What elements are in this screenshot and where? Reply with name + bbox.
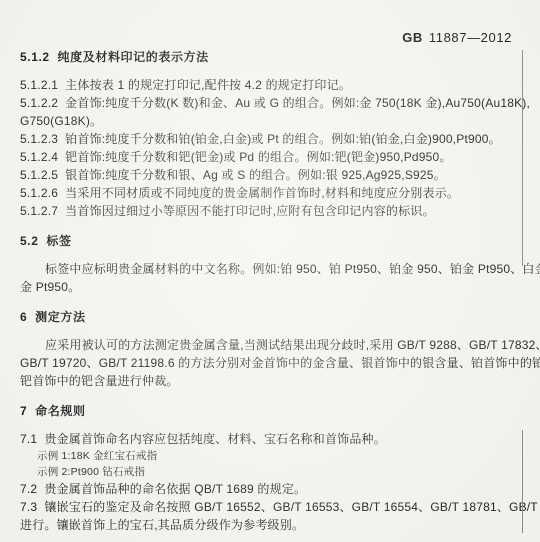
document-text-line: 5.1.2.7 当首饰因过细过小等原因不能打印记时,应附有包含印记内容的标识。 [20, 202, 520, 220]
document-text-line: 5.1.2.5 银首饰:纯度千分数和银、Ag 或 S 的组合。例如:银 925,… [20, 166, 520, 184]
document-text-line: 7.1 贵金属首饰命名内容应包括纯度、材料、宝石名称和首饰品种。 [20, 430, 520, 448]
document-page: GB11887—2012 5.1.2 纯度及材料印记的表示方法5.1.2.1 主… [0, 0, 540, 542]
section-heading-line: 5.2 标签 [20, 232, 520, 250]
section-heading-line: 6 测定方法 [20, 308, 520, 326]
document-text-line: 5.1.2.3 铂首饰:纯度千分数和铂(铂金,白金)或 Pt 的组合。例如:铂(… [20, 130, 520, 148]
document-text-line: 5.1.2.6 当采用不同材质或不同纯度的贵金属制作首饰时,材料和纯度应分别表示… [20, 184, 520, 202]
scan-border-line-top [522, 50, 523, 266]
document-body: 5.1.2 纯度及材料印记的表示方法5.1.2.1 主体按表 1 的规定打印记,… [20, 36, 520, 534]
document-text-line: 进行。镶嵌首饰上的宝石,其品质分级作为参考级别。 [20, 516, 520, 534]
document-text-line: 5.1.2.4 钯首饰:纯度千分数和钯(钯金)或 Pd 的组合。例如:钯(钯金)… [20, 148, 520, 166]
scan-border-line-bottom [522, 430, 523, 533]
document-text-line: 示例 2:Pt900 钻石戒指 [20, 464, 520, 480]
section-heading-line: 7 命名规则 [20, 402, 520, 420]
document-text-line: 应采用被认可的方法测定贵金属含量,当测试结果出现分歧时,采用 GB/T 9288… [20, 336, 520, 354]
document-text-line: G750(G18K)。 [20, 112, 520, 130]
document-text-line: 标签中应标明贵金属材料的中文名称。例如:铂 950、铂 Pt950、铂金 950… [20, 260, 520, 278]
document-text-line: 5.1.2.2 金首饰:纯度千分数(K 数)和金、Au 或 G 的组合。例如:金… [20, 94, 520, 112]
document-text-line: 金 Pt950。 [20, 278, 520, 296]
document-text-line: 5.1.2.1 主体按表 1 的规定打印记,配件按 4.2 的规定打印记。 [20, 76, 520, 94]
document-text-line: 钯首饰中的钯含量进行仲裁。 [20, 372, 520, 390]
document-text-line: 7.2 贵金属首饰品种的命名依据 QB/T 1689 的规定。 [20, 480, 520, 498]
document-text-line: 示例 1:18K 金红宝石戒指 [20, 448, 520, 464]
document-text-line: GB/T 19720、GB/T 21198.6 的方法分别对金首饰中的金含量、银… [20, 354, 520, 372]
section-heading-line: 5.1.2 纯度及材料印记的表示方法 [20, 48, 520, 66]
document-text-line: 7.3 镶嵌宝石的鉴定及命名按照 GB/T 16552、GB/T 16553、G… [20, 498, 520, 516]
